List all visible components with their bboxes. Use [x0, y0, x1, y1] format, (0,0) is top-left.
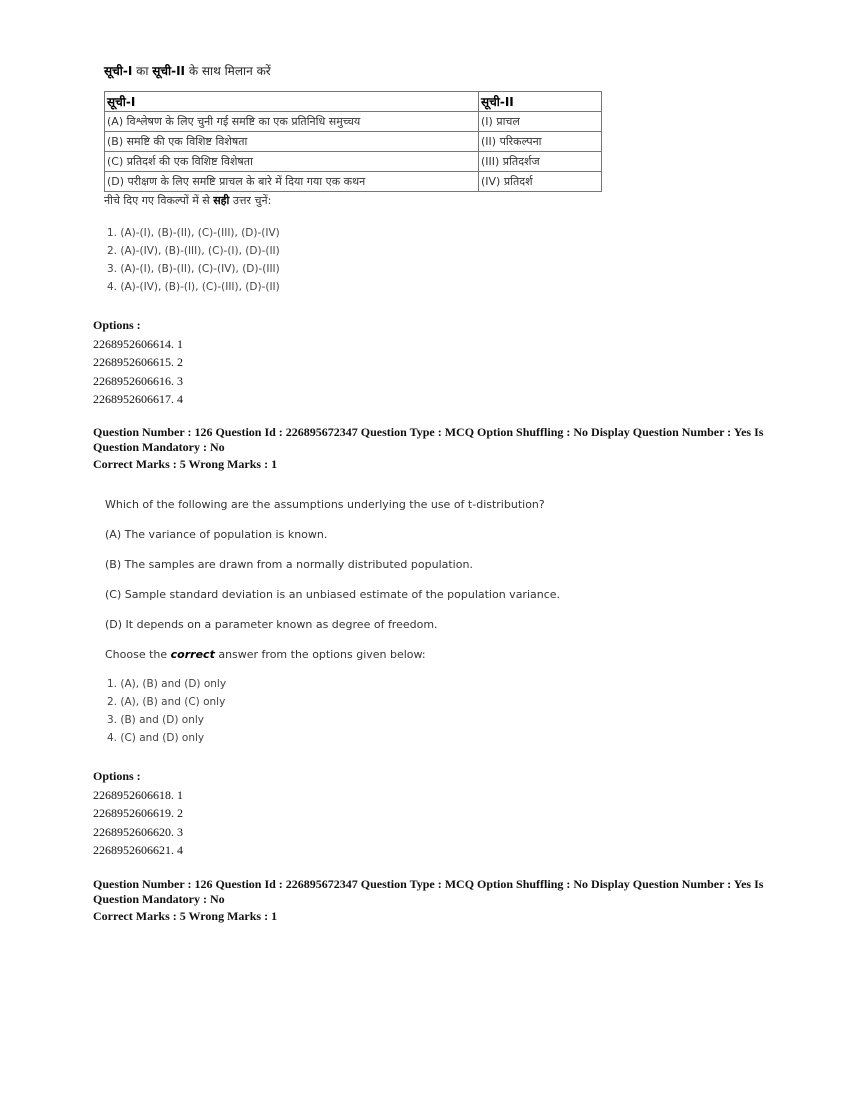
- statement-b: (B) The samples are drawn from a normall…: [105, 558, 473, 571]
- choice-item: 2. (A), (B) and (C) only: [107, 693, 226, 711]
- list-1-item-d: (D) परीक्षण के लिए समष्टि प्राचल के बारे…: [105, 172, 479, 192]
- choose-instruction-2: Choose the correct answer from the optio…: [105, 648, 426, 661]
- option-item: 2268952606616. 3: [93, 372, 183, 391]
- choice-item: 4. (C) and (D) only: [107, 729, 226, 747]
- q1-choice-list: 1. (A)-(I), (B)-(II), (C)-(III), (D)-(IV…: [107, 224, 280, 296]
- choice-item: 1. (A), (B) and (D) only: [107, 675, 226, 693]
- options-label: Options :: [93, 767, 183, 786]
- list-1-item-a: (A) विश्लेषण के लिए चुनी गई समष्टि का एक…: [105, 112, 479, 132]
- list-1-item-c: (C) प्रतिदर्श की एक विशिष्ट विशेषता: [105, 152, 479, 172]
- q2-choice-list: 1. (A), (B) and (D) only 2. (A), (B) and…: [107, 675, 226, 747]
- meta-line: Question Number : 126 Question Id : 2268…: [93, 877, 793, 892]
- choice-item: 3. (B) and (D) only: [107, 711, 226, 729]
- meta-line: Question Mandatory : No: [93, 892, 793, 907]
- meta-line: Question Mandatory : No: [93, 440, 793, 455]
- option-item: 2268952606621. 4: [93, 841, 183, 860]
- marks-line: Correct Marks : 5 Wrong Marks : 1: [93, 457, 793, 472]
- table-header-row: सूची-I सूची-II: [105, 92, 602, 112]
- statement-c: (C) Sample standard deviation is an unbi…: [105, 588, 560, 601]
- statement-a: (A) The variance of population is known.: [105, 528, 327, 541]
- list-2-item-ii: (II) परिकल्पना: [479, 132, 602, 152]
- q2-options-block: Options : 2268952606618. 1 2268952606619…: [93, 767, 183, 860]
- choice-item: 3. (A)-(I), (B)-(II), (C)-(IV), (D)-(III…: [107, 260, 280, 278]
- choice-item: 2. (A)-(IV), (B)-(III), (C)-(I), (D)-(II…: [107, 242, 280, 260]
- marks-line: Correct Marks : 5 Wrong Marks : 1: [93, 909, 793, 924]
- q1-options-block: Options : 2268952606614. 1 2268952606615…: [93, 316, 183, 409]
- list-1-label: सूची-I: [104, 64, 132, 78]
- table-row: (D) परीक्षण के लिए समष्टि प्राचल के बारे…: [105, 172, 602, 192]
- meta-line: Question Number : 126 Question Id : 2268…: [93, 425, 793, 440]
- option-item: 2268952606617. 4: [93, 390, 183, 409]
- option-item: 2268952606614. 1: [93, 335, 183, 354]
- list-2-item-i: (I) प्राचल: [479, 112, 602, 132]
- column-header-list-1: सूची-I: [105, 92, 479, 112]
- option-item: 2268952606620. 3: [93, 823, 183, 842]
- list-2-label: सूची-II: [152, 64, 185, 78]
- list-1-item-b: (B) समष्टि की एक विशिष्ट विशेषता: [105, 132, 479, 152]
- options-label: Options :: [93, 316, 183, 335]
- question-meta-1: Question Number : 126 Question Id : 2268…: [93, 425, 793, 472]
- table-row: (C) प्रतिदर्श की एक विशिष्ट विशेषता (III…: [105, 152, 602, 172]
- list-2-item-iii: (III) प्रतिदर्शज: [479, 152, 602, 172]
- column-header-list-2: सूची-II: [479, 92, 602, 112]
- table-row: (A) विश्लेषण के लिए चुनी गई समष्टि का एक…: [105, 112, 602, 132]
- match-instruction: सूची-I का सूची-II के साथ मिलान करें: [104, 62, 271, 79]
- choose-instruction: नीचे दिए गए विकल्पों में से सही उत्तर चु…: [104, 193, 271, 208]
- list-2-item-iv: (IV) प्रतिदर्श: [479, 172, 602, 192]
- table-row: (B) समष्टि की एक विशिष्ट विशेषता (II) पर…: [105, 132, 602, 152]
- option-item: 2268952606615. 2: [93, 353, 183, 372]
- question-stem: Which of the following are the assumptio…: [105, 498, 545, 511]
- question-meta-2: Question Number : 126 Question Id : 2268…: [93, 877, 793, 924]
- statement-d: (D) It depends on a parameter known as d…: [105, 618, 438, 631]
- option-item: 2268952606618. 1: [93, 786, 183, 805]
- match-table: सूची-I सूची-II (A) विश्लेषण के लिए चुनी …: [104, 91, 602, 192]
- choice-item: 4. (A)-(IV), (B)-(I), (C)-(III), (D)-(II…: [107, 278, 280, 296]
- option-item: 2268952606619. 2: [93, 804, 183, 823]
- choice-item: 1. (A)-(I), (B)-(II), (C)-(III), (D)-(IV…: [107, 224, 280, 242]
